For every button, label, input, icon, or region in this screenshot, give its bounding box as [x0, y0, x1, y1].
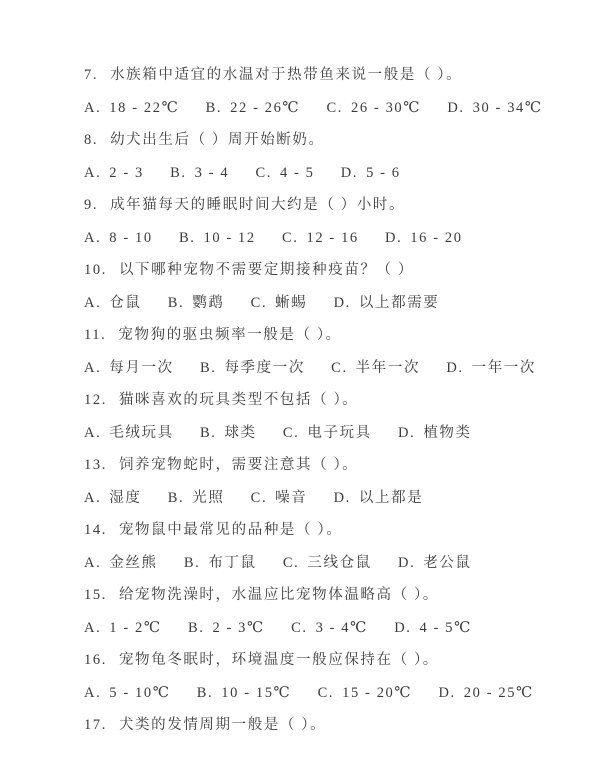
question-block: 9.成年猫每天的睡眠时间大约是（ ）小时。 A.8 - 10 B.10 - 12…: [84, 189, 570, 254]
option-b-text: 球类: [224, 425, 256, 441]
option-b-label: B.: [206, 92, 223, 125]
option-a-text: 毛绒玩具: [109, 425, 173, 441]
option-c: C.26 - 30℃: [326, 92, 421, 125]
option-d-label: D.: [398, 417, 415, 450]
question-block: 17.犬类的发情周期一般是（ ）。: [84, 709, 570, 742]
option-c-label: C.: [251, 482, 268, 515]
option-a-label: A.: [84, 92, 101, 125]
option-b-text: 鹦鹉: [192, 295, 224, 311]
option-d-text: 30 - 34℃: [473, 100, 543, 116]
option-a-label: A.: [84, 287, 101, 320]
option-a-text: 1 - 2℃: [109, 620, 161, 636]
option-b: B.22 - 26℃: [206, 92, 301, 125]
option-b-text: 光照: [192, 490, 224, 506]
option-a-label: A.: [84, 417, 101, 450]
option-b-text: 3 - 4: [195, 165, 230, 181]
question-line: 12.猫咪喜欢的玩具类型不包括（ ）。: [84, 384, 570, 417]
option-a-label: A.: [84, 222, 101, 255]
option-b-text: 10 - 15℃: [221, 685, 291, 701]
options-line: A.仓鼠 B.鹦鹉 C.蜥蜴 D.以上都需要: [84, 287, 570, 320]
question-block: 13.饲养宠物蛇时，需要注意其（ ）。 A.湿度 B.光照 C.噪音 D.以上都…: [84, 449, 570, 514]
question-block: 12.猫咪喜欢的玩具类型不包括（ ）。 A.毛绒玩具 B.球类 C.电子玩具 D…: [84, 384, 570, 449]
question-block: 11.宠物狗的驱虫频率一般是（ ）。 A.每月一次 B.每季度一次 C.半年一次…: [84, 319, 570, 384]
option-d-label: D.: [334, 482, 351, 515]
option-c: C.三线仓鼠: [283, 547, 372, 580]
options-line: A.2 - 3 B.3 - 4 C.4 - 5 D.5 - 6: [84, 157, 570, 190]
option-d: D.一年一次: [446, 352, 536, 385]
option-a-text: 仓鼠: [109, 295, 141, 311]
option-a: A.1 - 2℃: [84, 612, 162, 645]
question-number: 8.: [84, 124, 98, 157]
option-c: C.半年一次: [331, 352, 420, 385]
option-d-label: D.: [394, 612, 411, 645]
option-d-label: D.: [447, 92, 464, 125]
question-block: 15.给宠物洗澡时，水温应比宠物体温略高（ ）。 A.1 - 2℃ B.2 - …: [84, 579, 570, 644]
option-b-label: B.: [179, 222, 196, 255]
option-b-label: B.: [188, 612, 205, 645]
option-d: D.老公鼠: [398, 547, 472, 580]
question-block: 10.以下哪种宠物不需要定期接种疫苗？（ ） A.仓鼠 B.鹦鹉 C.蜥蜴 D.…: [84, 254, 570, 319]
option-a: A.每月一次: [84, 352, 174, 385]
option-c-label: C.: [283, 417, 300, 450]
option-a-text: 8 - 10: [109, 230, 152, 246]
option-d: D.以上都需要: [334, 287, 440, 320]
option-b: B.光照: [168, 482, 225, 515]
question-line: 7.水族箱中适宜的水温对于热带鱼来说一般是（ ）。: [84, 59, 570, 92]
question-number: 11.: [84, 319, 106, 352]
option-c: C.3 - 4℃: [291, 612, 368, 645]
option-b-text: 布丁鼠: [208, 555, 256, 571]
question-number: 10.: [84, 254, 107, 287]
option-c-label: C.: [282, 222, 299, 255]
option-c-label: C.: [251, 287, 268, 320]
option-a-label: A.: [84, 352, 101, 385]
question-text: 幼犬出生后（ ）周开始断奶。: [110, 132, 325, 148]
option-b: B.10 - 15℃: [197, 677, 292, 710]
option-d-text: 20 - 25℃: [464, 685, 534, 701]
question-number: 12.: [84, 384, 107, 417]
option-b: B.2 - 3℃: [188, 612, 265, 645]
option-b: B.每季度一次: [200, 352, 305, 385]
question-text: 给宠物洗澡时，水温应比宠物体温略高（ ）。: [119, 587, 439, 603]
question-number: 16.: [84, 644, 107, 677]
option-d-text: 4 - 5℃: [420, 620, 472, 636]
question-line: 13.饲养宠物蛇时，需要注意其（ ）。: [84, 449, 570, 482]
option-d-label: D.: [446, 352, 463, 385]
option-d-label: D.: [438, 677, 455, 710]
question-line: 8.幼犬出生后（ ）周开始断奶。: [84, 124, 570, 157]
question-text: 宠物狗的驱虫频率一般是（ ）。: [118, 327, 341, 343]
option-c-text: 半年一次: [356, 360, 420, 376]
question-block: 16.宠物龟冬眠时，环境温度一般应保持在（ ）。 A.5 - 10℃ B.10 …: [84, 644, 570, 709]
option-c: C.蜥蜴: [251, 287, 308, 320]
questions-list: 7.水族箱中适宜的水温对于热带鱼来说一般是（ ）。 A.18 - 22℃ B.2…: [84, 59, 570, 742]
question-text: 成年猫每天的睡眠时间大约是（ ）小时。: [110, 197, 405, 213]
option-a: A.毛绒玩具: [84, 417, 174, 450]
option-c-text: 12 - 16: [306, 230, 358, 246]
option-a-text: 金丝熊: [109, 555, 157, 571]
option-c-label: C.: [255, 157, 272, 190]
question-line: 14.宠物鼠中最常见的品种是（ ）。: [84, 514, 570, 547]
option-a-label: A.: [84, 612, 101, 645]
question-number: 15.: [84, 579, 107, 612]
option-d: D.4 - 5℃: [394, 612, 472, 645]
option-d-label: D.: [341, 157, 358, 190]
option-b-label: B.: [197, 677, 214, 710]
option-c-text: 4 - 5: [280, 165, 315, 181]
option-b: B.10 - 12: [179, 222, 256, 255]
option-a: A.2 - 3: [84, 157, 144, 190]
question-line: 10.以下哪种宠物不需要定期接种疫苗？（ ）: [84, 254, 570, 287]
question-number: 13.: [84, 449, 107, 482]
option-c: C.噪音: [251, 482, 308, 515]
option-a-text: 每月一次: [109, 360, 173, 376]
option-d: D.30 - 34℃: [447, 92, 542, 125]
option-a-label: A.: [84, 157, 101, 190]
option-a: A.18 - 22℃: [84, 92, 179, 125]
option-c-text: 电子玩具: [307, 425, 371, 441]
option-b: B.球类: [200, 417, 257, 450]
option-a-text: 湿度: [109, 490, 141, 506]
option-b-label: B.: [184, 547, 201, 580]
option-b-label: B.: [200, 417, 217, 450]
option-d-label: D.: [385, 222, 402, 255]
question-number: 14.: [84, 514, 107, 547]
option-d-text: 以上都是: [359, 490, 423, 506]
option-c: C.15 - 20℃: [318, 677, 413, 710]
question-block: 14.宠物鼠中最常见的品种是（ ）。 A.金丝熊 B.布丁鼠 C.三线仓鼠 D.…: [84, 514, 570, 579]
question-line: 11.宠物狗的驱虫频率一般是（ ）。: [84, 319, 570, 352]
option-c-label: C.: [291, 612, 308, 645]
question-line: 16.宠物龟冬眠时，环境温度一般应保持在（ ）。: [84, 644, 570, 677]
option-b: B.布丁鼠: [184, 547, 257, 580]
option-a: A.5 - 10℃: [84, 677, 171, 710]
question-text: 宠物龟冬眠时，环境温度一般应保持在（ ）。: [119, 652, 439, 668]
question-text: 以下哪种宠物不需要定期接种疫苗？（ ）: [119, 262, 414, 278]
option-a-text: 2 - 3: [109, 165, 144, 181]
option-a: A.仓鼠: [84, 287, 142, 320]
option-a-label: A.: [84, 547, 101, 580]
option-b-label: B.: [170, 157, 187, 190]
option-b-text: 2 - 3℃: [212, 620, 264, 636]
question-line: 15.给宠物洗澡时，水温应比宠物体温略高（ ）。: [84, 579, 570, 612]
option-d: D.5 - 6: [341, 157, 401, 190]
question-number: 17.: [84, 709, 107, 742]
option-a-text: 18 - 22℃: [109, 100, 179, 116]
option-c-text: 15 - 20℃: [342, 685, 412, 701]
question-text: 饲养宠物蛇时，需要注意其（ ）。: [119, 457, 358, 473]
question-text: 猫咪喜欢的玩具类型不包括（ ）。: [119, 392, 358, 408]
options-line: A.湿度 B.光照 C.噪音 D.以上都是: [84, 482, 570, 515]
question-text: 宠物鼠中最常见的品种是（ ）。: [119, 522, 342, 538]
options-line: A.1 - 2℃ B.2 - 3℃ C.3 - 4℃ D.4 - 5℃: [84, 612, 570, 645]
option-b-text: 10 - 12: [203, 230, 255, 246]
option-c: C.12 - 16: [282, 222, 359, 255]
question-text: 犬类的发情周期一般是（ ）。: [119, 717, 326, 733]
option-a: A.金丝熊: [84, 547, 158, 580]
options-line: A.每月一次 B.每季度一次 C.半年一次 D.一年一次: [84, 352, 570, 385]
option-d: D.20 - 25℃: [438, 677, 533, 710]
options-line: A.18 - 22℃ B.22 - 26℃ C.26 - 30℃ D.30 - …: [84, 92, 570, 125]
option-d-label: D.: [334, 287, 351, 320]
option-b: B.3 - 4: [170, 157, 229, 190]
question-line: 9.成年猫每天的睡眠时间大约是（ ）小时。: [84, 189, 570, 222]
option-d: D.植物类: [398, 417, 472, 450]
option-c-label: C.: [326, 92, 343, 125]
option-c-text: 26 - 30℃: [351, 100, 421, 116]
option-a: A.8 - 10: [84, 222, 153, 255]
option-b-label: B.: [168, 482, 185, 515]
option-a-label: A.: [84, 482, 101, 515]
option-d-text: 16 - 20: [410, 230, 462, 246]
option-b-label: B.: [200, 352, 217, 385]
option-c-text: 三线仓鼠: [307, 555, 371, 571]
question-text: 水族箱中适宜的水温对于热带鱼来说一般是（ ）。: [110, 67, 462, 83]
option-a: A.湿度: [84, 482, 142, 515]
question-line: 17.犬类的发情周期一般是（ ）。: [84, 709, 570, 742]
options-line: A.毛绒玩具 B.球类 C.电子玩具 D.植物类: [84, 417, 570, 450]
option-c-label: C.: [318, 677, 335, 710]
question-number: 9.: [84, 189, 98, 222]
option-b-label: B.: [168, 287, 185, 320]
option-a-label: A.: [84, 677, 101, 710]
option-d: D.以上都是: [334, 482, 424, 515]
option-d: D.16 - 20: [385, 222, 463, 255]
option-d-text: 一年一次: [472, 360, 536, 376]
question-block: 8.幼犬出生后（ ）周开始断奶。 A.2 - 3 B.3 - 4 C.4 - 5…: [84, 124, 570, 189]
option-d-text: 以上都需要: [359, 295, 440, 311]
option-d-label: D.: [398, 547, 415, 580]
options-line: A.5 - 10℃ B.10 - 15℃ C.15 - 20℃ D.20 - 2…: [84, 677, 570, 710]
option-d-text: 老公鼠: [423, 555, 471, 571]
option-b-text: 每季度一次: [224, 360, 305, 376]
option-c-label: C.: [283, 547, 300, 580]
options-line: A.8 - 10 B.10 - 12 C.12 - 16 D.16 - 20: [84, 222, 570, 255]
option-c-text: 蜥蜴: [275, 295, 307, 311]
question-number: 7.: [84, 59, 98, 92]
option-c-text: 3 - 4℃: [316, 620, 368, 636]
option-c-label: C.: [331, 352, 348, 385]
option-c: C.4 - 5: [255, 157, 314, 190]
options-line: A.金丝熊 B.布丁鼠 C.三线仓鼠 D.老公鼠: [84, 547, 570, 580]
option-c-text: 噪音: [275, 490, 307, 506]
option-b-text: 22 - 26℃: [230, 100, 300, 116]
option-d-text: 植物类: [423, 425, 471, 441]
option-d-text: 5 - 6: [366, 165, 401, 181]
option-b: B.鹦鹉: [168, 287, 225, 320]
question-block: 7.水族箱中适宜的水温对于热带鱼来说一般是（ ）。 A.18 - 22℃ B.2…: [84, 59, 570, 124]
option-c: C.电子玩具: [283, 417, 372, 450]
option-a-text: 5 - 10℃: [109, 685, 170, 701]
quiz-document-page: 7.水族箱中适宜的水温对于热带鱼来说一般是（ ）。 A.18 - 22℃ B.2…: [0, 0, 600, 776]
